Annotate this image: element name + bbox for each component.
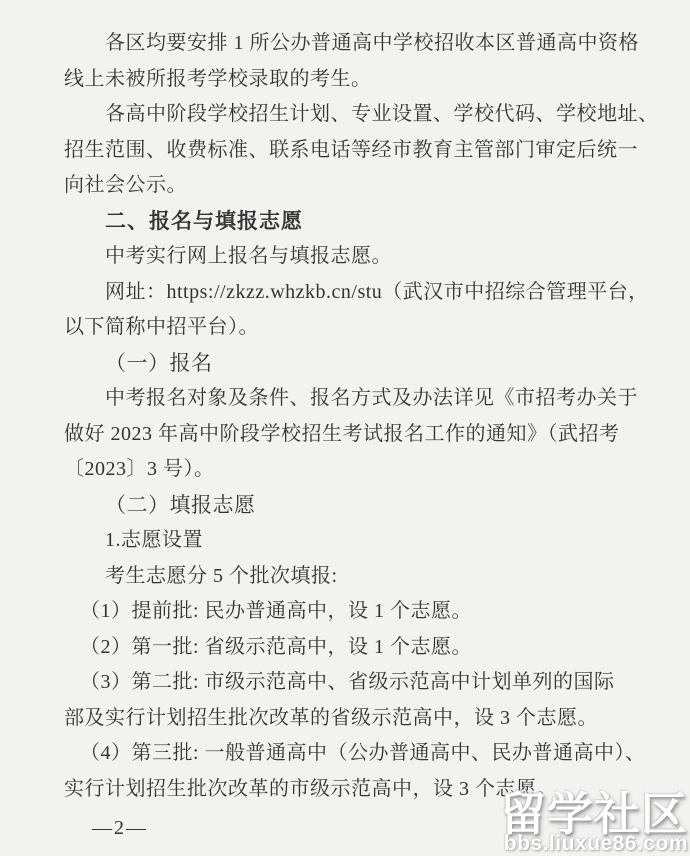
document-body: 各区均要安排 1 所公办普通高中学校招收本区普通高中资格 线上未被所报考学校录取… xyxy=(64,26,668,807)
text-line-with-url: 网址：https://zkzz.whzkb.cn/stu（武汉市中招综合管理平台… xyxy=(64,275,668,311)
text-line: 向社会公示。 xyxy=(64,168,668,204)
text-line: 〔2023〕3 号）。 xyxy=(64,452,668,488)
subsection-heading-signup: （一）报名 xyxy=(64,346,668,382)
text-line: 招生范围、收费标准、联系电话等经市教育主管部门审定后统一 xyxy=(64,133,668,169)
section-heading-registration: 二、报名与填报志愿 xyxy=(64,204,668,240)
watermark-url: bbs.liuxue86.com xyxy=(500,833,688,854)
scanned-document-page: 各区均要安排 1 所公办普通高中学校招收本区普通高中资格 线上未被所报考学校录取… xyxy=(0,0,690,856)
page-number: —2— xyxy=(92,817,148,840)
text-line: 1.志愿设置 xyxy=(64,523,668,559)
list-item-batch-3: （3）第二批: 市级示范高中、省级示范高中计划单列的国际 xyxy=(64,665,668,701)
text-line: 中考报名对象及条件、报名方式及办法详见《市招考办关于 xyxy=(64,381,668,417)
list-item-batch-1: （1）提前批: 民办普通高中，设 1 个志愿。 xyxy=(64,594,668,630)
text-line: 各区均要安排 1 所公办普通高中学校招收本区普通高中资格 xyxy=(64,26,668,62)
text-line: 以下简称中招平台）。 xyxy=(64,310,668,346)
text-line: 做好 2023 年高中阶段学校招生考试报名工作的通知》（武招考 xyxy=(64,417,668,453)
text-line: 中考实行网上报名与填报志愿。 xyxy=(64,239,668,275)
text-line: 考生志愿分 5 个批次填报: xyxy=(64,559,668,595)
text-line: 实行计划招生批次改革的市级示范高中，设 3 个志愿。 xyxy=(64,772,668,808)
text-line: 部及实行计划招生批次改革的省级示范高中，设 3 个志愿。 xyxy=(64,701,668,737)
text-line: 线上未被所报考学校录取的考生。 xyxy=(64,62,668,98)
list-item-batch-4: （4）第三批: 一般普通高中（公办普通高中、民办普通高中）、 xyxy=(64,736,668,772)
subsection-heading-preferences: （二）填报志愿 xyxy=(64,488,668,524)
list-item-batch-2: （2）第一批: 省级示范高中，设 1 个志愿。 xyxy=(64,630,668,666)
text-line: 各高中阶段学校招生计划、专业设置、学校代码、学校地址、 xyxy=(64,97,668,133)
